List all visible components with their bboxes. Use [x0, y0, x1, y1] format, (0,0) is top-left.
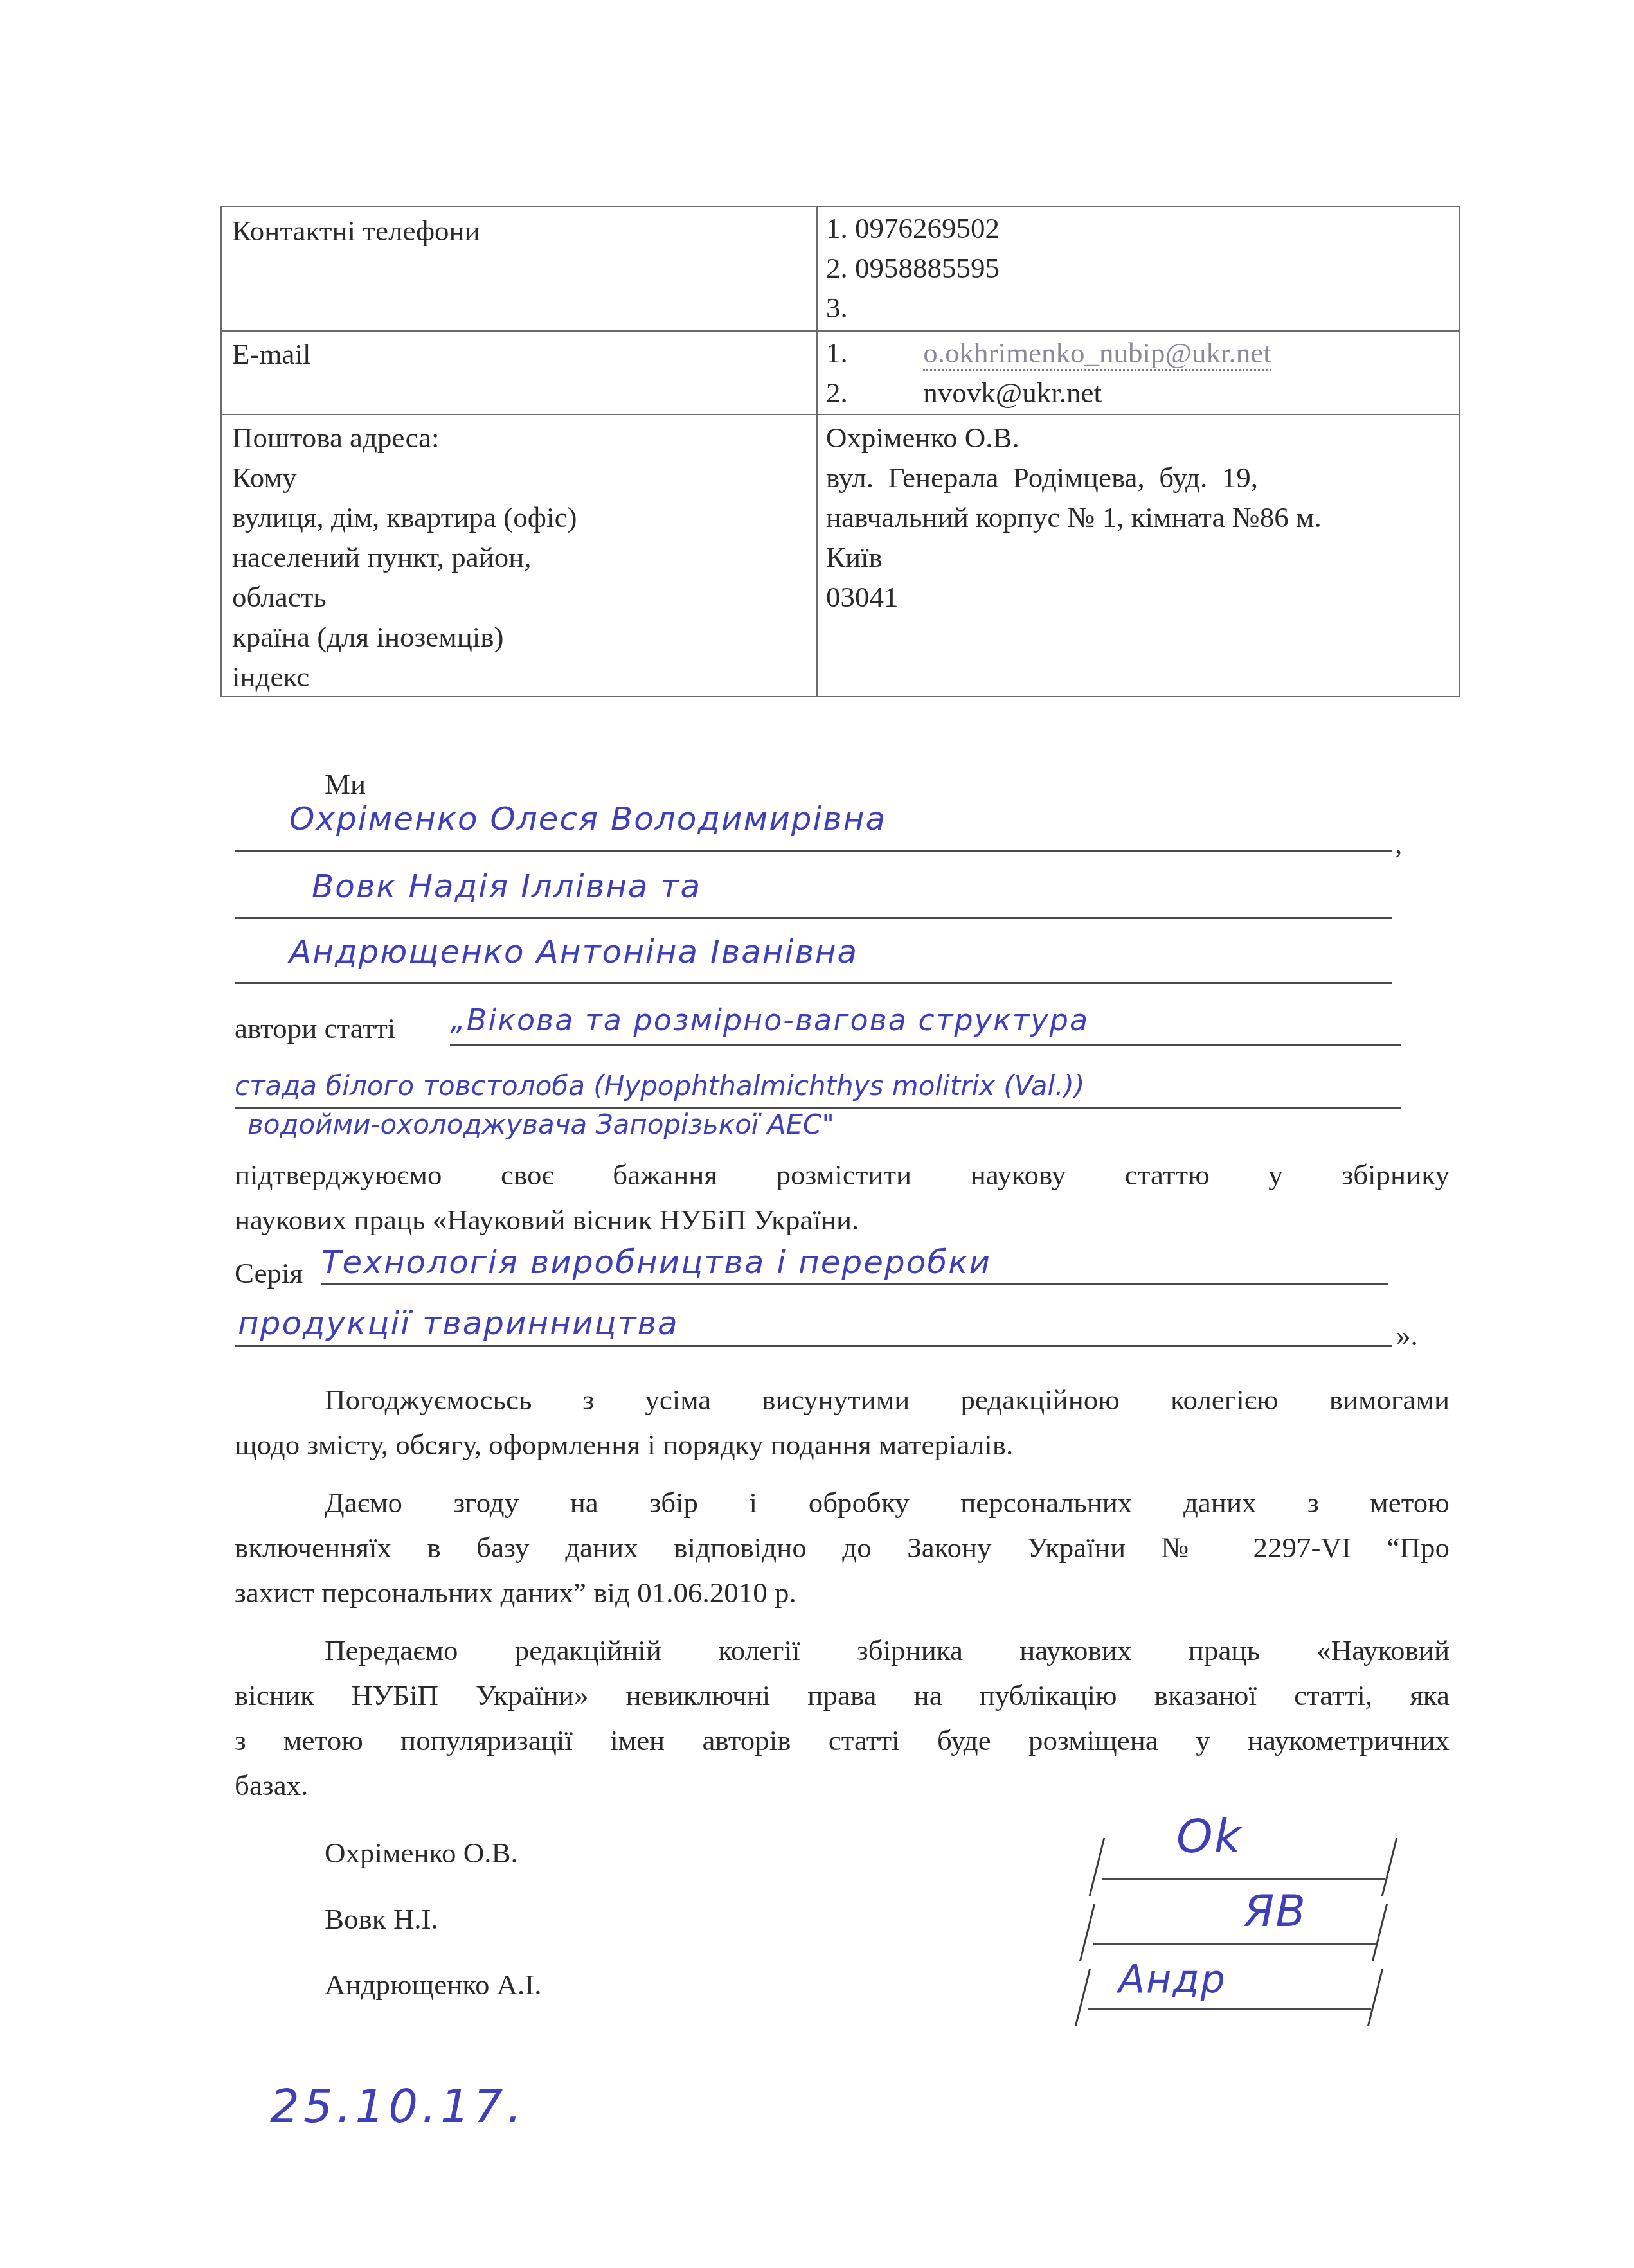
postal-label: Поштова адреса: [232, 418, 577, 458]
author-underline-3 [235, 982, 1392, 984]
article-title-handwritten-1: „Вікова та розмірно-вагова структура [450, 1003, 1089, 1037]
series-handwritten-1: Технологія виробництва і переробки [321, 1244, 991, 1281]
date-handwritten: 25.10.17. [270, 2079, 526, 2133]
email-link-okhrimenko[interactable]: o.okhrimenko_nubip@ukr.net [923, 337, 1271, 371]
signature-line-2 [1093, 1943, 1376, 1945]
recipient-name: Охріменко О.В. [826, 418, 1446, 458]
signature-slash [1079, 1904, 1095, 1961]
email-link-nvovk[interactable]: nvovk@ukr.net [923, 377, 1102, 409]
consent-line-3: захист персональних даних” від 01.06.201… [235, 1575, 796, 1611]
row-divider [222, 414, 1459, 415]
we-label: Ми [325, 766, 366, 802]
agree-line-2: щодо змісту, обсягу, оформлення і порядк… [235, 1427, 1013, 1463]
authors-comma: , [1395, 826, 1402, 862]
phones-values-cell: 1. 0976269502 2. 0958885595 3. [826, 208, 1000, 328]
address-line-1: вул. Генерала Родімцева, буд. 19, [826, 458, 1446, 497]
email-item-1: 1. o.okhrimenko_nubip@ukr.net [826, 333, 1271, 373]
signature-mark-3: Андр [1118, 1957, 1226, 2002]
signature-slash [1372, 1904, 1388, 1961]
author-handwritten-3: Андрющенко Антоніна Іванівна [289, 933, 858, 970]
email-number: 1. [826, 337, 848, 369]
author-underline-2 [235, 917, 1392, 919]
phones-label-cell: Контактні телефони [232, 211, 480, 251]
article-label: автори статті [235, 1010, 395, 1046]
signatory-name-2: Вовк Н.І. [325, 1901, 438, 1937]
postal-label: індекс [232, 657, 577, 697]
author-handwritten-1: Охріменко Олеся Володимирівна [289, 800, 886, 837]
consent-line-2: включенняїх в базу даних відповідно до З… [235, 1530, 1450, 1566]
email-item-2: 2. nvovk@ukr.net [826, 373, 1271, 413]
author-handwritten-2: Вовк Надія Іллівна та [312, 868, 701, 905]
confirm-line-1: підтверджуюємо своє бажання розмістити н… [235, 1157, 1450, 1193]
agree-line-1: Погоджуємосьсь з усіма висунутими редакц… [325, 1382, 1450, 1418]
series-close-quote: ». [1396, 1317, 1418, 1353]
address-line-2: навчальний корпус № 1, кімната №86 м. [826, 497, 1446, 537]
consent-line-1: Даємо згоду на збір і обробку персональн… [325, 1485, 1450, 1521]
rights-line-1: Передаємо редакційній колегії збірника н… [325, 1632, 1450, 1668]
article-underline-1 [450, 1044, 1401, 1046]
confirm-line-2: наукових праць «Науковий вісник НУБіП Ук… [235, 1202, 859, 1238]
signature-slash [1075, 1969, 1091, 2026]
rights-line-2: вісник НУБіП України» невиключні права н… [235, 1677, 1450, 1713]
email-number: 2. [826, 377, 848, 409]
phone-item-1: 1. 0976269502 [826, 208, 1000, 248]
postal-values-cell: Охріменко О.В. вул. Генерала Родімцева, … [826, 418, 1446, 617]
email-label-cell: E-mail [232, 334, 310, 374]
contact-table: Контактні телефони 1. 0976269502 2. 0958… [220, 206, 1460, 697]
series-underline-1 [321, 1283, 1388, 1285]
signature-mark-1: Ok [1176, 1809, 1242, 1863]
column-divider [816, 207, 818, 696]
signature-slash [1089, 1838, 1105, 1896]
phone-item-2: 2. 0958885595 [826, 248, 1000, 288]
email-values-cell: 1. o.okhrimenko_nubip@ukr.net 2. nvovk@u… [826, 333, 1271, 413]
signature-slash [1381, 1838, 1397, 1896]
signature-mark-2: ЯВ [1244, 1886, 1307, 1937]
signatory-name-1: Охріменко О.В. [325, 1835, 518, 1871]
signature-slash [1367, 1969, 1383, 2026]
series-underline-2 [235, 1345, 1392, 1347]
rights-line-3: з метою популяризації імен авторів статт… [235, 1722, 1450, 1758]
city: Київ [826, 537, 1446, 577]
postal-label: область [232, 577, 577, 617]
postal-label: Кому [232, 458, 577, 497]
rights-line-4: базах. [235, 1767, 308, 1803]
postal-index: 03041 [826, 577, 1446, 617]
author-underline-1 [235, 850, 1392, 852]
signatory-name-3: Андрющенко А.І. [325, 1967, 542, 2003]
signature-line-1 [1102, 1878, 1385, 1880]
postal-label: країна (для іноземців) [232, 617, 577, 657]
row-divider [222, 330, 1459, 332]
email-label: E-mail [232, 334, 310, 374]
postal-label: вулиця, дім, квартира (офіс) [232, 497, 577, 537]
postal-label-cell: Поштова адреса: Кому вулиця, дім, кварти… [232, 418, 577, 697]
article-title-handwritten-2: стада білого товстолоба (Hypophthalmicht… [235, 1070, 1084, 1102]
postal-label: населений пункт, район, [232, 537, 577, 577]
signature-line-3 [1088, 2008, 1371, 2010]
phones-label: Контактні телефони [232, 211, 480, 251]
phone-item-3: 3. [826, 288, 1000, 328]
series-label: Серія [235, 1255, 303, 1291]
article-title-handwritten-3: водойми-охолоджувача Запорізької АЕС" [247, 1109, 834, 1140]
series-handwritten-2: продукції тваринництва [238, 1305, 679, 1342]
